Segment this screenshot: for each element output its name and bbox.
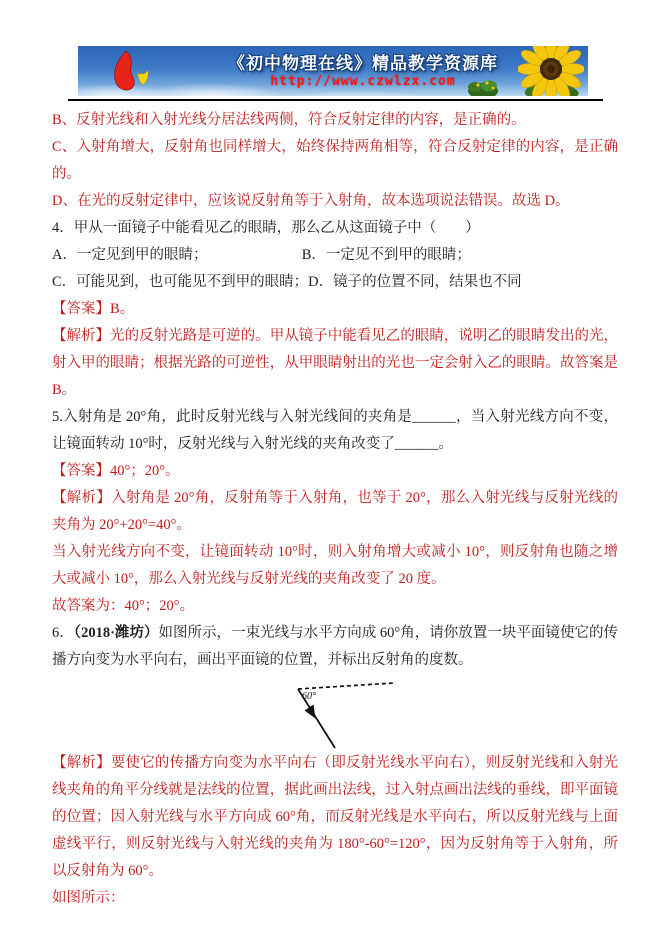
analysis-5-part2: 当入射光线方向不变，让镜面转动 10°时，则入射角增大或减小 10°，则反射角也… <box>52 539 618 593</box>
question-4: 4．甲从一面镜子中能看见乙的眼睛，那么乙从这面镜子中（ ） <box>52 215 618 242</box>
answer-5: 【答案】40°；20°。 <box>52 458 618 485</box>
document-page: 《初中物理在线》精品教学资源库 http://www.czwlzx.com <box>0 0 661 935</box>
analysis-5-part1: 【解析】入射角是 20°角，反射角等于入射角，也等于 20°，那么入射光线与反射… <box>52 485 618 539</box>
banner-title: 《初中物理在线》精品教学资源库 <box>188 49 538 74</box>
analysis-option-d: D、在光的反射定律中，应该说反射角等于入射角，故本选项说法错误。故选 D。 <box>52 188 618 215</box>
question-4-options-ab: A．一定见到甲的眼睛； B．一定见不到甲的眼睛； <box>52 242 618 269</box>
question-6-source: （2018·潍坊） <box>74 625 159 641</box>
sunflower-icon <box>518 46 584 96</box>
horizontal-dashed-line <box>298 683 394 689</box>
site-logo-icon <box>104 49 162 96</box>
answer-4: 【答案】B。 <box>52 296 618 323</box>
site-banner: 《初中物理在线》精品教学资源库 http://www.czwlzx.com <box>78 46 588 96</box>
question-6: 6．（2018·潍坊）如图所示，一束光线与水平方向成 60°角，请你放置一块平面… <box>52 620 618 674</box>
question-5: 5.入射角是 20°角，此时反射光线与入射光线间的夹角是______，当入射光线… <box>52 404 618 458</box>
analysis-option-c: C、入射角增大，反射角也同样增大，始终保持两角相等，符合反射定律的内容，是正确的… <box>52 134 618 188</box>
angle-label: 60° <box>302 691 316 702</box>
as-shown-label: 如图所示： <box>52 885 618 912</box>
header-divider <box>68 99 603 101</box>
ray-diagram: 60° <box>52 674 618 750</box>
analysis-option-b: B、反射光线和入射光线分居法线两侧，符合反射定律的内容，是正确的。 <box>52 107 618 134</box>
question-4-options-cd: C．可能见到，也可能见不到甲的眼睛；D．镜子的位置不同，结果也不同 <box>52 269 618 296</box>
document-content: B、反射光线和入射光线分居法线两侧，符合反射定律的内容，是正确的。 C、入射角增… <box>52 107 618 912</box>
analysis-6: 【解析】要使它的传播方向变为水平向右（即反射光线水平向右），则反射光线和入射光线… <box>52 750 618 885</box>
bush-icon <box>466 77 500 96</box>
question-6-number: 6． <box>52 625 74 641</box>
analysis-4: 【解析】光的反射光路是可逆的。甲从镜子中能看见乙的眼睛，说明乙的眼睛发出的光，射… <box>52 323 618 404</box>
analysis-5-result: 故答案为：40°；20°。 <box>52 593 618 620</box>
